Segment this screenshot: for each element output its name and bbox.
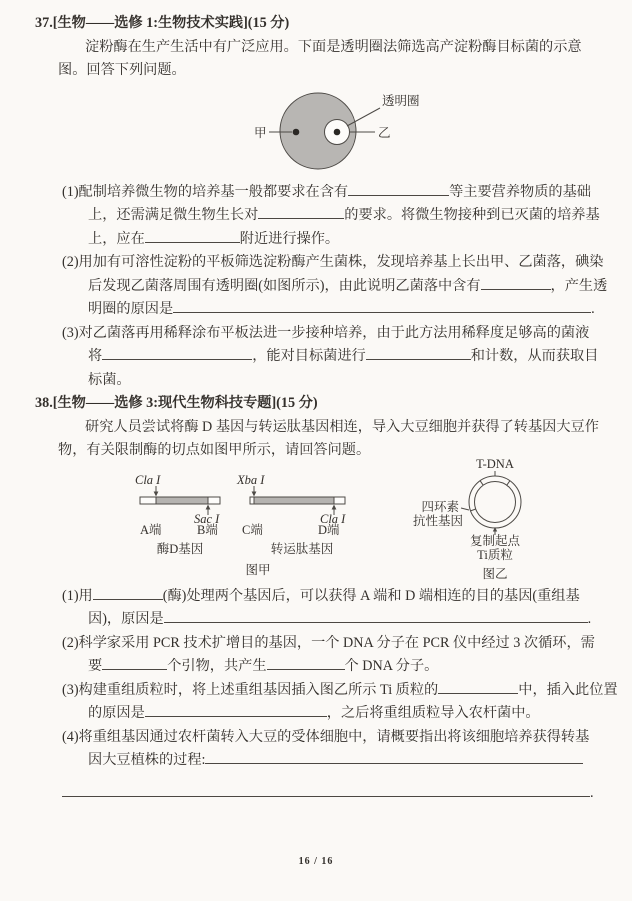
figure-a-caption: 图甲	[245, 563, 270, 577]
answer-blank	[164, 609, 588, 623]
q37-item1-text: (1)配制培养微生物的培养基一般都要求在含有	[62, 184, 348, 200]
colony-yi-dot	[334, 129, 341, 136]
label-jia: 甲	[254, 126, 267, 140]
petri-dish-figure: 甲 乙 透明圈	[236, 86, 436, 184]
gene2-name: 转运肽基因	[271, 541, 334, 556]
q38-item1-text: 因)，原因是	[88, 611, 164, 627]
resistance-label-line2: 抗性基因	[413, 513, 463, 528]
q38-item1-text: (1)用	[62, 588, 93, 604]
q38-item4-line1: (4)将重组基因通过农杆菌转入大豆的受体细胞中，请概要指出将该细胞培养获得转基	[32, 726, 604, 750]
label-yi: 乙	[378, 126, 391, 140]
gene2-top-arrowhead	[252, 492, 257, 497]
q37-item2-line3: 明圈的原因是.	[32, 298, 604, 322]
gene1-top-arrowhead	[154, 492, 159, 497]
q37-item1-text: 上，还需满足微生物生长对	[88, 207, 258, 223]
q38-item1-text: (酶)处理两个基因后，可以获得 A 端和 D 端相连的目的基因(重组基	[163, 588, 580, 604]
q38-item3-text: 的原因是	[88, 705, 145, 721]
q37-item2-text: ，产生透	[551, 278, 608, 294]
q38-item3-line1: (3)构建重组质粒时，将上述重组基因插入图乙所示 Ti 质粒的中，插入此位置	[32, 679, 604, 703]
colony-jia-dot	[293, 129, 300, 136]
q38-item3-line2: 的原因是，之后将重组质粒导入农杆菌中。	[32, 702, 604, 726]
q38-item1-text: .	[588, 611, 592, 627]
q37-item2-line2: 后发现乙菌落周围有透明圈(如图所示)，由此说明乙菌落中含有，产生透	[32, 275, 604, 299]
q37-intro-line1: 淀粉酶在生产生活中有广泛应用。下面是透明圈法筛选高产淀粉酶目标菌的示意	[32, 36, 604, 60]
resistance-connector	[461, 508, 469, 510]
q37-item1-line1: (1)配制培养微生物的培养基一般都要求在含有等主要营养物质的基础	[32, 181, 604, 205]
answer-blank	[93, 586, 163, 600]
plasmid-name-label: Ti质粒	[477, 547, 513, 562]
gene1-top-enzyme-label: Cla I	[135, 473, 161, 487]
label-clear-zone: 透明圈	[382, 94, 420, 108]
answer-blank	[267, 656, 345, 670]
q37-item1-line2: 上，还需满足微生物生长对的要求。将微生物接种到已灭菌的培养基	[32, 204, 604, 228]
gene1-left-end-label: A端	[140, 522, 162, 537]
q38-item2-line2: 要个引物，共产生个 DNA 分子。	[32, 655, 604, 679]
tdna-label: T-DNA	[476, 457, 514, 471]
q38-item2-line1: (2)科学家采用 PCR 技术扩增目的基因，一个 DNA 分子在 PCR 仪中经…	[32, 632, 604, 656]
q38-item4-line2: 因大豆植株的过程:	[32, 749, 604, 773]
answer-blank	[102, 656, 167, 670]
plasmid-tick-lower-left	[471, 509, 476, 511]
plasmid-outer-ring	[469, 476, 521, 528]
q37-item2-text: 后发现乙菌落周围有透明圈(如图所示)，由此说明乙菌落中含有	[88, 278, 481, 294]
plasmid-inner-ring	[475, 482, 516, 523]
q38-item3-text: ，之后将重组质粒导入农杆菌中。	[327, 705, 540, 721]
exam-page: 37.[生物——选修 1:生物技术实践](15 分) 淀粉酶在生产生活中有广泛应…	[0, 0, 632, 901]
q38-intro-line1: 研究人员尝试将酶 D 基因与转运肽基因相连，导入大豆细胞并获得了转基因大豆作	[32, 416, 604, 440]
q37-item2-line1: (2)用加有可溶性淀粉的平板筛选淀粉酶产生菌株，发现培养基上长出甲、乙菌落，碘染	[32, 251, 604, 275]
answer-blank	[205, 750, 583, 764]
gene2-left-end-label: C端	[242, 522, 263, 537]
q38-item4-line3: .	[32, 782, 604, 806]
q37-item1-text: 上，应在	[88, 231, 145, 247]
plasmid-tick-left	[480, 481, 483, 486]
q37-item3-text: 和计数，从而获取目	[471, 348, 599, 364]
gene1-right-end-label: B端	[197, 522, 218, 537]
q38-header: 38.[生物——选修 3:现代生物科技专题](15 分)	[32, 392, 604, 416]
ori-label: 复制起点	[470, 533, 521, 548]
gene2-top-enzyme-label: Xba I	[236, 473, 265, 487]
q38-item2-text: 个引物，共产生	[167, 658, 266, 674]
q37-item1-text: 的要求。将微生物接种到已灭菌的培养基	[344, 207, 599, 223]
q37-item1-text: 等主要营养物质的基础	[449, 184, 591, 200]
answer-blank	[173, 299, 591, 313]
page-number: 16 / 16	[0, 856, 632, 867]
q37-item3-line1: (3)对乙菌落再用稀释涂布平板法进一步接种培养，由于此方法用稀释度足够高的菌液	[32, 322, 604, 346]
q38-item1-line1: (1)用(酶)处理两个基因后，可以获得 A 端和 D 端相连的目的基因(重组基	[32, 585, 604, 609]
q37-item3-line3: 标菌。	[32, 369, 604, 393]
gene2-right-end-label: D端	[318, 522, 340, 537]
gene2-coding-region	[254, 497, 334, 504]
q37-item2-text: .	[591, 301, 595, 317]
q38-item4-text: 因大豆植株的过程:	[88, 752, 205, 768]
answer-blank	[62, 783, 590, 797]
q38-item4-text: .	[590, 785, 594, 801]
q37-header: 37.[生物——选修 1:生物技术实践](15 分)	[32, 12, 604, 36]
q37-intro-line2: 图。回答下列问题。	[32, 59, 604, 83]
gene2-bottom-arrowhead	[332, 505, 337, 510]
q38-item3-text: (3)构建重组质粒时，将上述重组基因插入图乙所示 Ti 质粒的	[62, 682, 438, 698]
gene1-name: 酶D基因	[157, 541, 204, 556]
q37-item3-text: ，能对目标菌进行	[252, 348, 366, 364]
answer-blank	[145, 229, 240, 243]
gene1-bottom-arrowhead	[206, 505, 211, 510]
q37-item1-line3: 上，应在附近进行操作。	[32, 228, 604, 252]
ti-plasmid-figure: T-DNA 四环素 抗性基因 复制起点 Ti质粒 图乙	[402, 452, 567, 582]
q38-item2-text: 要	[88, 658, 102, 674]
figure-b-caption: 图乙	[482, 567, 507, 581]
q37-item3-text: 将	[88, 348, 102, 364]
q37-item2-text: 明圈的原因是	[88, 301, 173, 317]
q38-item1-line2: 因)，原因是.	[32, 608, 604, 632]
answer-blank	[481, 276, 551, 290]
answer-blank	[102, 346, 252, 360]
q38-item2-text: 个 DNA 分子。	[345, 658, 439, 674]
answer-blank	[366, 346, 471, 360]
q37-item3-line2: 将，能对目标菌进行和计数，从而获取目	[32, 345, 604, 369]
answer-blank	[258, 205, 344, 219]
plasmid-tick-right	[507, 481, 510, 486]
resistance-label-line1: 四环素	[421, 499, 459, 514]
answer-blank	[438, 680, 518, 694]
gene-map-figure: Cla I Sac I A端 B端 酶D基因 Xba I Cla I C端 D端…	[112, 455, 382, 577]
q38-item3-text: 中，插入此位置	[518, 682, 617, 698]
q37-item1-text: 附近进行操作。	[240, 231, 339, 247]
answer-blank	[145, 703, 327, 717]
gene1-coding-region	[156, 497, 208, 504]
